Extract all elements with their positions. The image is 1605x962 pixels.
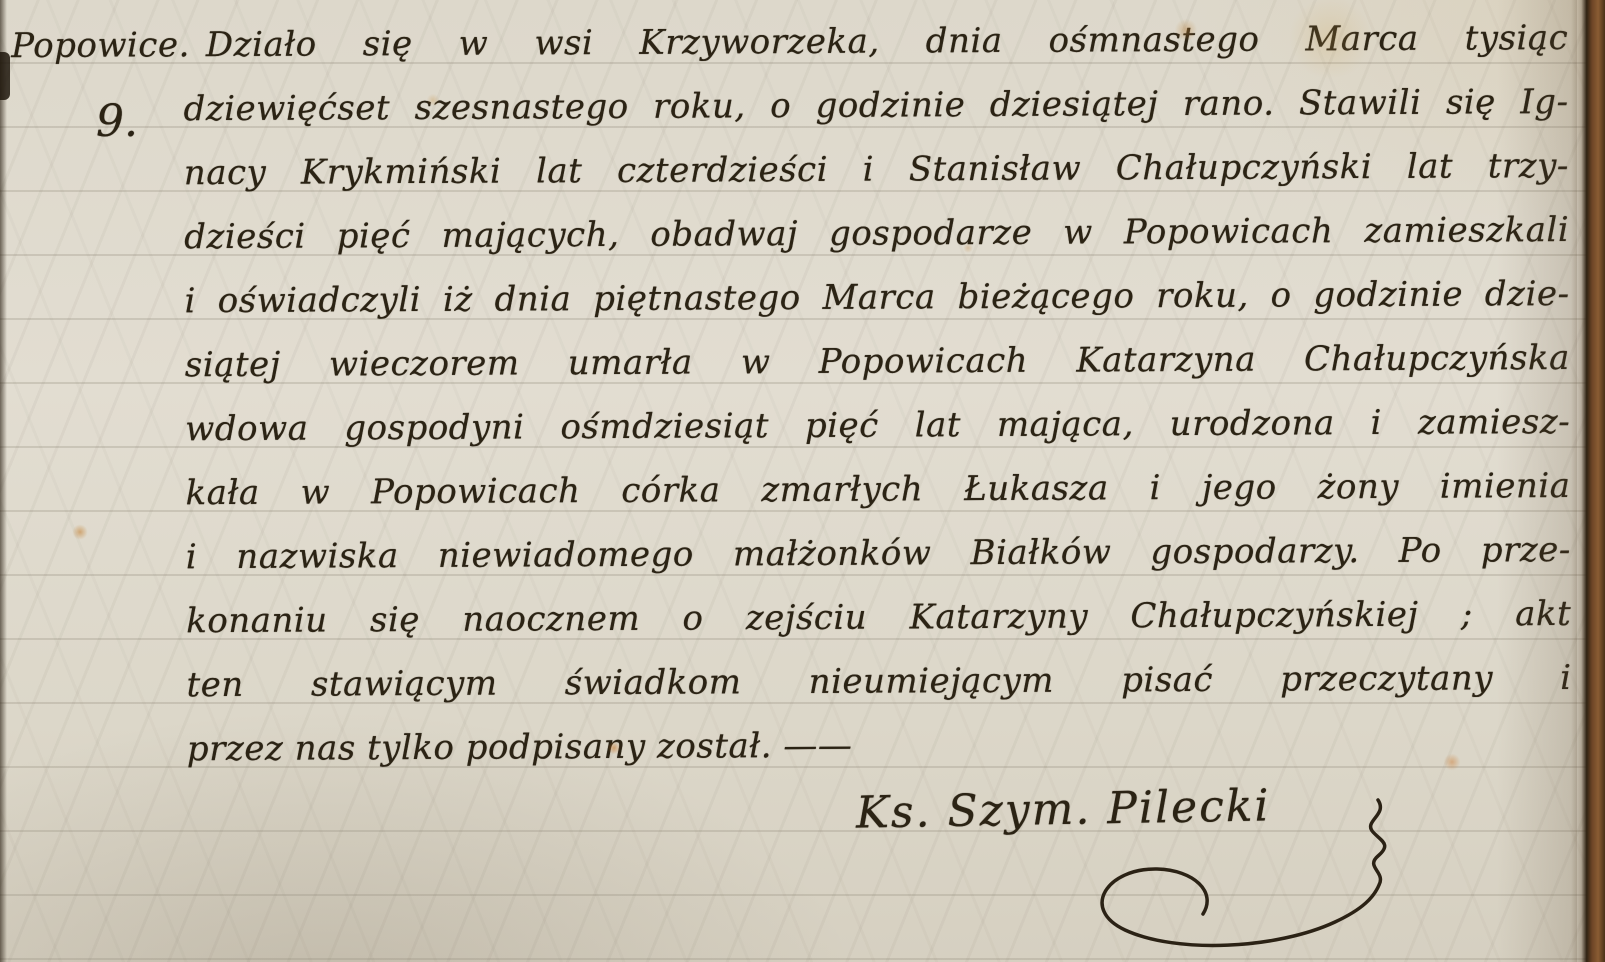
handwritten-line: i nazwiska niewiadomego małżonków Białkó… [186, 518, 1571, 589]
handwritten-line: przez nas tylko podpisany został. —— [187, 710, 1572, 781]
registry-page-scan: 9. Popowice.Działo się w wsi Krzyworzeka… [0, 0, 1605, 962]
handwritten-line: dzieści pięć mających, obadwaj gospodarz… [184, 198, 1569, 269]
left-edge-ink-mark [0, 52, 10, 100]
handwritten-line: dziewięćset szesnastego roku, o godzinie… [183, 70, 1568, 141]
page-binding-edge [1571, 0, 1605, 962]
handwritten-line: nacy Krykmiński lat czterdzieści i Stani… [184, 134, 1569, 205]
handwritten-line: wdowa gospodyni ośmdziesiąt pięć lat maj… [185, 390, 1570, 461]
margin-place-label: Popowice. [11, 25, 190, 66]
handwritten-line: konaniu się naocznem o zejściu Katarzyny… [186, 582, 1571, 653]
handwritten-line: siątej wieczorem umarła w Popowicach Kat… [185, 326, 1570, 397]
handwritten-line: i oświadczyli iż dnia piętnastego Marca … [184, 262, 1569, 333]
page-curve-shadow [1497, 0, 1577, 962]
handwritten-line: kała w Popowicach córka zmarłych Łukasza… [185, 454, 1570, 525]
handwritten-line: ten stawiącym świadkom nieumiejącym pisa… [186, 646, 1571, 717]
left-page-edge [0, 0, 7, 962]
handwritten-line: Popowice.Działo się w wsi Krzyworzeka, d… [183, 6, 1568, 77]
priest-signature: Ks. Szym. Pilecki [856, 780, 1271, 838]
record-text-block: Popowice.Działo się w wsi Krzyworzeka, d… [0, 0, 1605, 782]
handwritten-line-text: Działo się w wsi Krzyworzeka, dnia ośmna… [206, 18, 1569, 65]
